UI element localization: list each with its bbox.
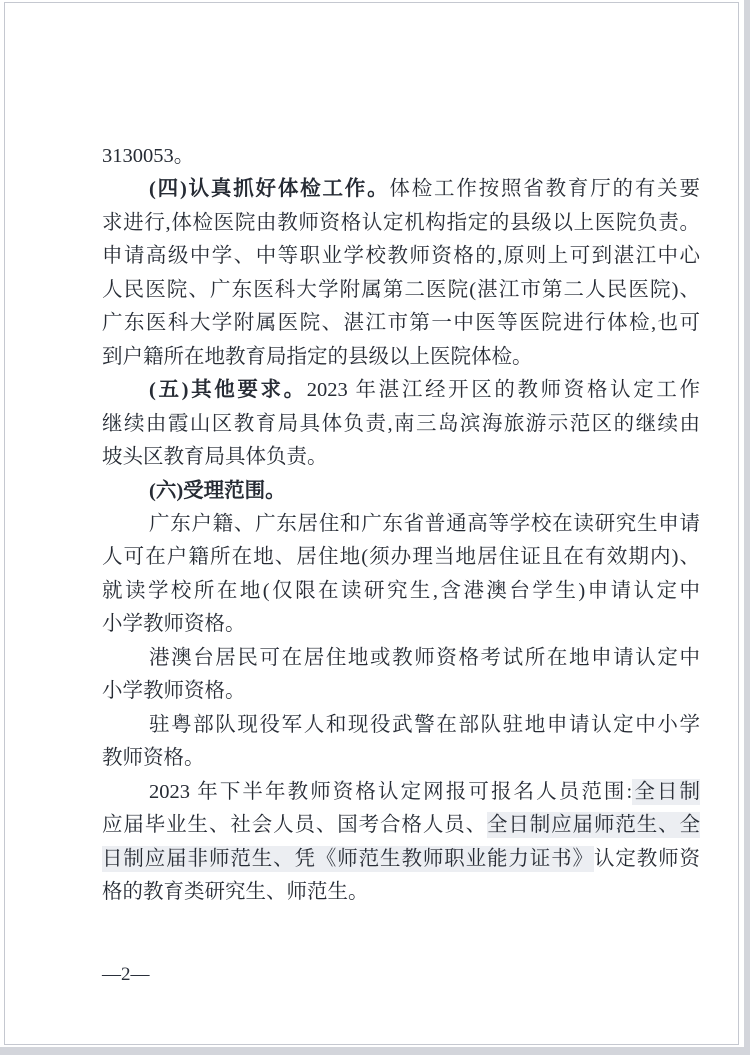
highlighted-text-segment: 日制应届非师范生、凭《师范生教师职业能力证书》	[102, 846, 594, 872]
highlighted-text-segment: 全日制	[632, 779, 700, 805]
highlighted-text-segment: 全日制应届师范生、全	[487, 812, 700, 838]
document-line: 港澳台居民可在居住地或教师资格考试所在地申请认定中	[102, 642, 700, 675]
document-body: 3130053。(四)认真抓好体检工作。体检工作按照省教育厅的有关要求进行,体检…	[102, 140, 700, 909]
text-segment: 3130053。	[102, 145, 194, 167]
document-line: 2023 年下半年教师资格认定网报可报名人员范围:全日制	[102, 776, 700, 809]
text-segment: 人民医院、广东医科大学附属第二医院(湛江市第二人民医院)、	[102, 279, 700, 301]
text-segment: 格的教育类研究生、师范生。	[102, 881, 369, 903]
text-segment: 到户籍所在地教育局指定的县级以上医院体检。	[102, 346, 533, 368]
document-line: 日制应届非师范生、凭《师范生教师职业能力证书》认定教师资	[102, 843, 700, 876]
text-segment: 申请高级中学、中等职业学校教师资格的,原则上可到湛江中心	[102, 245, 700, 267]
text-segment: 坡头区教育局具体负责。	[102, 446, 328, 468]
text-segment: 港澳台居民可在居住地或教师资格考试所在地申请认定中	[149, 647, 700, 669]
text-segment: 求进行,体检医院由教师资格认定机构指定的县级以上医院负责。	[102, 212, 700, 234]
document-line: 人可在户籍所在地、居住地(须办理当地居住证且在有效期内)、	[102, 541, 700, 574]
text-segment: 人可在户籍所在地、居住地(须办理当地居住证且在有效期内)、	[102, 546, 700, 568]
text-segment: 体检工作按照省教育厅的有关要	[389, 178, 700, 200]
document-line: (六)受理范围。	[102, 475, 700, 508]
text-segment: 小学教师资格。	[102, 680, 246, 702]
text-segment: 就读学校所在地(仅限在读研究生,含港澳台学生)申请认定中	[102, 580, 700, 602]
document-line: 求进行,体检医院由教师资格认定机构指定的县级以上医院负责。	[102, 207, 700, 240]
text-segment: 应届毕业生、社会人员、国考合格人员、	[102, 814, 487, 836]
page-edge-shadow-bottom	[0, 1047, 750, 1055]
text-segment: 继续由霞山区教育局具体负责,南三岛滨海旅游示范区的继续由	[102, 413, 700, 435]
document-line: 3130053。	[102, 140, 700, 173]
document-line: 人民医院、广东医科大学附属第二医院(湛江市第二人民医院)、	[102, 274, 700, 307]
heading-run: (五)其他要求。	[149, 379, 307, 401]
document-line: 广东户籍、广东居住和广东省普通高等学校在读研究生申请	[102, 508, 700, 541]
document-line: (五)其他要求。2023 年湛江经开区的教师资格认定工作	[102, 374, 700, 407]
document-line: 小学教师资格。	[102, 675, 700, 708]
text-segment: 2023 年下半年教师资格认定网报可报名人员范围:	[149, 781, 632, 803]
text-segment: 2023 年湛江经开区的教师资格认定工作	[307, 379, 700, 401]
heading-run: (四)认真抓好体检工作。	[149, 178, 389, 200]
document-line: 应届毕业生、社会人员、国考合格人员、全日制应届师范生、全	[102, 809, 700, 842]
document-line: 继续由霞山区教育局具体负责,南三岛滨海旅游示范区的继续由	[102, 408, 700, 441]
page-number: —2—	[102, 963, 150, 987]
text-segment: 小学教师资格。	[102, 613, 246, 635]
text-segment: 广东医科大学附属医院、湛江市第一中医等医院进行体检,也可	[102, 312, 700, 334]
document-line: (四)认真抓好体检工作。体检工作按照省教育厅的有关要	[102, 173, 700, 206]
text-segment: 驻粤部队现役军人和现役武警在部队驻地申请认定中小学	[149, 714, 700, 736]
document-line: 驻粤部队现役军人和现役武警在部队驻地申请认定中小学	[102, 709, 700, 742]
text-segment: 认定教师资	[594, 848, 700, 870]
page-edge-shadow-right	[744, 0, 750, 1055]
document-line: 格的教育类研究生、师范生。	[102, 876, 700, 909]
heading-run: (六)受理范围。	[149, 480, 286, 502]
document-line: 广东医科大学附属医院、湛江市第一中医等医院进行体检,也可	[102, 307, 700, 340]
scanned-document-page: 3130053。(四)认真抓好体检工作。体检工作按照省教育厅的有关要求进行,体检…	[0, 0, 750, 1055]
document-line: 坡头区教育局具体负责。	[102, 441, 700, 474]
document-line: 就读学校所在地(仅限在读研究生,含港澳台学生)申请认定中	[102, 575, 700, 608]
document-line: 小学教师资格。	[102, 608, 700, 641]
document-line: 到户籍所在地教育局指定的县级以上医院体检。	[102, 341, 700, 374]
text-segment: 教师资格。	[102, 747, 205, 769]
document-line: 申请高级中学、中等职业学校教师资格的,原则上可到湛江中心	[102, 240, 700, 273]
document-line: 教师资格。	[102, 742, 700, 775]
text-segment: 广东户籍、广东居住和广东省普通高等学校在读研究生申请	[149, 513, 700, 535]
